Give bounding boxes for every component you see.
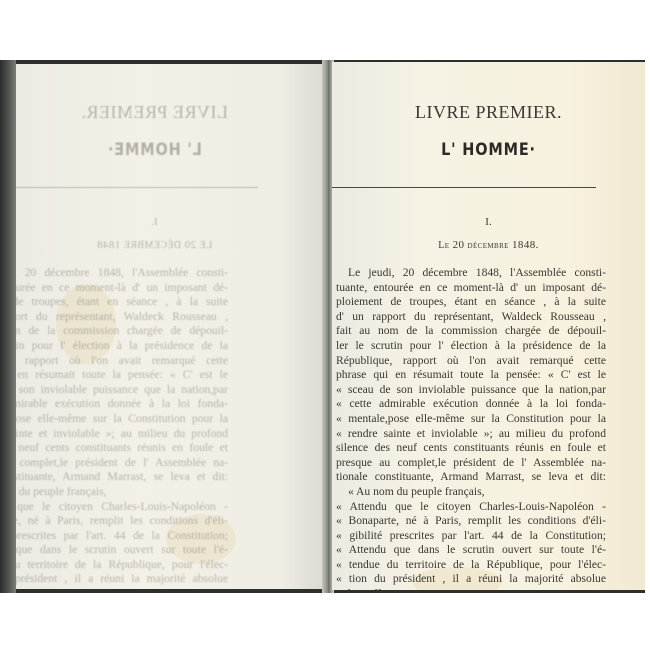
- text-line: « Attendu que dans le scrutin ouvert sur…: [336, 543, 606, 558]
- book-cover-edge: [0, 60, 16, 593]
- ghost-rule: [16, 187, 258, 188]
- ghost-body-text: Le jeudi, 20 décembre 1848, l'Assemblée …: [16, 266, 228, 589]
- book-heading: LIVRE PREMIER.: [332, 102, 645, 123]
- text-line: « mentale,pose elle-même sur la Constitu…: [336, 412, 606, 427]
- text-line: Le jeudi, 20 décembre 1848, l'Assemblée …: [336, 266, 606, 281]
- text-line: « sceau de son inviolable puissance que …: [336, 383, 606, 398]
- text-line: tuante, entourée en ce moment-là d' un i…: [336, 281, 606, 296]
- text-line: fait au nom de la commission chargée de …: [336, 324, 606, 339]
- left-page: LIVRE PREMIER. L' HOMME· I. LE 20 DÉCEMB…: [16, 64, 328, 589]
- text-line: d' un rapport du représentant, Waldeck R…: [336, 310, 606, 325]
- text-line: « cette admirable exécution donnée à la …: [336, 397, 606, 412]
- text-line: ler le scrutin pour l' élection à la pré…: [336, 339, 606, 354]
- text-line: « Au nom du peuple français,: [336, 485, 606, 500]
- text-line: « tendue du territoire de la République,…: [336, 558, 606, 573]
- text-line: tionale constituante, Armand Marrast, se…: [336, 470, 606, 485]
- heading-rule: [332, 187, 596, 188]
- ghost-date: LE 20 DÉCEMBRE 1848: [16, 239, 311, 251]
- text-line: « gibilité prescrites par l'art. 44 de l…: [336, 529, 606, 544]
- right-margin: [645, 60, 650, 593]
- ghost-chapter: I.: [16, 216, 311, 228]
- text-line: « rendre sainte et inviolable »; au mili…: [336, 427, 606, 442]
- text-line: « Attendu que le citoyen Charles-Louis-N…: [336, 500, 606, 515]
- right-page: LIVRE PREMIER. L' HOMME· I. Le 20 décemb…: [332, 62, 645, 590]
- open-book: LIVRE PREMIER. L' HOMME· I. LE 20 DÉCEMB…: [0, 60, 650, 593]
- text-line: presque au complet,le président de l' As…: [336, 456, 606, 471]
- text-line: « des suffrages;: [336, 587, 606, 590]
- text-line: silence des neuf cents constituants réun…: [336, 441, 606, 456]
- chapter-date: Le 20 décembre 1848.: [332, 239, 645, 251]
- text-line: phrase qui en résumait toute la pensée: …: [336, 368, 606, 383]
- ghost-heading: LIVRE PREMIER.: [16, 102, 311, 123]
- text-line: « Bonaparte, né à Paris, remplit les con…: [336, 514, 606, 529]
- page-content: LIVRE PREMIER. L' HOMME· I. Le 20 décemb…: [332, 62, 645, 590]
- text-line: ploiement de troupes, étant en séance , …: [336, 295, 606, 310]
- chapter-number: I.: [332, 216, 645, 228]
- text-line: « tion du président , il a réuni la majo…: [336, 572, 606, 587]
- text-line: République, rapport où l'on avait remarq…: [336, 354, 606, 369]
- body-text: Le jeudi, 20 décembre 1848, l'Assemblée …: [336, 266, 606, 590]
- show-through-text: LIVRE PREMIER. L' HOMME· I. LE 20 DÉCEMB…: [16, 64, 311, 589]
- ghost-subheading: L' HOMME·: [21, 140, 287, 160]
- section-subheading: L' HOMME·: [355, 140, 621, 160]
